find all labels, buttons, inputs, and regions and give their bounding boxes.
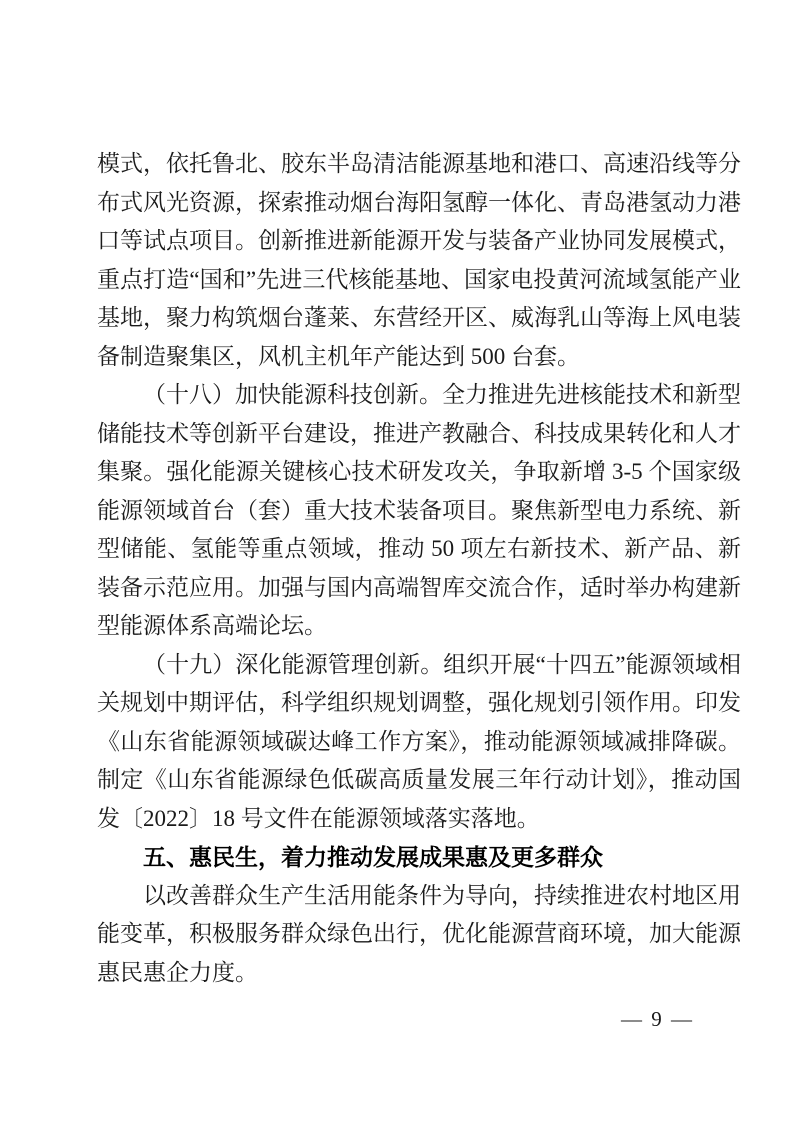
document-page: 模式，依托鲁北、胶东半岛清洁能源基地和港口、高速沿线等分布式风光资源，探索推动烟… — [0, 0, 794, 1123]
document-body: 模式，依托鲁北、胶东半岛清洁能源基地和港口、高速沿线等分布式风光资源，探索推动烟… — [97, 145, 741, 992]
paragraph-continuation: 模式，依托鲁北、胶东半岛清洁能源基地和港口、高速沿线等分布式风光资源，探索推动烟… — [97, 145, 741, 376]
section-heading: 五、惠民生，着力推动发展成果惠及更多群众 — [97, 838, 741, 877]
paragraph-section-intro: 以改善群众生产生活用能条件为导向，持续推进农村地区用能变革，积极服务群众绿色出行… — [97, 877, 741, 993]
page-number: — 9 — — [621, 1006, 694, 1032]
paragraph-item-18: （十八）加快能源科技创新。全力推进先进核能技术和新型储能技术等创新平台建设，推进… — [97, 376, 741, 646]
paragraph-item-19: （十九）深化能源管理创新。组织开展“十四五”能源领域相关规划中期评估，科学组织规… — [97, 646, 741, 839]
